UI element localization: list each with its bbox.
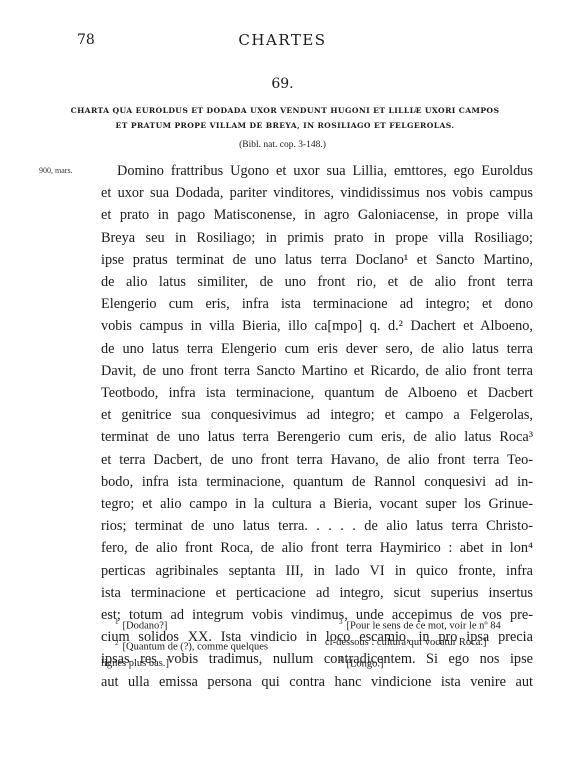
text-line: et uxor sua Dodada, pariter vinditores, … bbox=[101, 182, 533, 204]
text-line: ista terminacione et perticacione ad int… bbox=[101, 582, 533, 604]
text-line: vobis campus in villa Bieria, illo ca[mp… bbox=[101, 315, 533, 337]
text-line: Elengerio cum eris, infra ista terminaci… bbox=[101, 293, 533, 315]
charter-title-line: ET PRATUM PROPE VILLAM DE BREYA, IN ROSI… bbox=[60, 118, 510, 133]
footnotes-left-column: 1[Dodano?] 2[Quantum de (?), comme quelq… bbox=[101, 614, 309, 673]
source-reference: (Bibl. nat. cop. 3-148.) bbox=[0, 140, 565, 150]
footnote-3: 3[Pour le sens de ce mot, voir le nº 84 bbox=[325, 614, 533, 635]
text-line: rios; terminat de uno latus terra. . . .… bbox=[101, 515, 533, 537]
charter-number: 69. bbox=[0, 76, 565, 92]
charter-date: 900, mars. bbox=[39, 166, 73, 175]
text-line: bodo, infra ista terminacione, quantum d… bbox=[101, 471, 533, 493]
text-line: Davit, de uno front terra Sancto Martino… bbox=[101, 360, 533, 382]
text-line: Breya seu in Rosiliago; in primis prato … bbox=[101, 227, 533, 249]
footnote-2-continued: lignes plus bas.] bbox=[101, 656, 309, 673]
body-text: Domino frattribus Ugono et uxor sua Lill… bbox=[101, 160, 533, 693]
footnotes-right-column: 3[Pour le sens de ce mot, voir le nº 84 … bbox=[325, 614, 533, 673]
footnote-3-continued: ci-dessous : cultura qui vocatur Roca.] bbox=[325, 635, 533, 652]
footnote-4: 4[Longo.] bbox=[325, 652, 533, 673]
text-line: Domino frattribus Ugono et uxor sua Lill… bbox=[101, 160, 533, 182]
text-line: Teotbodo, infra ista terminacione, quant… bbox=[101, 382, 533, 404]
charter-title: CHARTA QUA EUROLDUS ET DODADA UXOR VENDU… bbox=[60, 103, 510, 133]
text-line: et prato in pago Matisconense, in agro G… bbox=[101, 204, 533, 226]
text-line: perticas agribinales septanta III, in la… bbox=[101, 560, 533, 582]
charter-title-line: CHARTA QUA EUROLDUS ET DODADA UXOR VENDU… bbox=[60, 103, 510, 118]
text-line: de alio latus similiter, de uno front ri… bbox=[101, 271, 533, 293]
text-line: aut ulla emissa persona qui contra hanc … bbox=[101, 671, 533, 693]
text-line: ipse pratus terminat de uno latus terra … bbox=[101, 249, 533, 271]
text-line: et terra Dacbert, de uno front terra Hav… bbox=[101, 449, 533, 471]
text-line: de uno latus terra Elengerio cum eris de… bbox=[101, 338, 533, 360]
footnote-2: 2[Quantum de (?), comme quelques bbox=[101, 635, 309, 656]
footnote-1: 1[Dodano?] bbox=[101, 614, 309, 635]
text-line: et genitrice sua conquesivimus ad integr… bbox=[101, 404, 533, 426]
running-head: CHARTES bbox=[0, 31, 565, 49]
text-line: terminat de uno latus terra Berengerio c… bbox=[101, 426, 533, 448]
text-line: fero, de alio front Roca, de alio front … bbox=[101, 537, 533, 559]
text-line: tegro; et alio campo in la cultura a Bie… bbox=[101, 493, 533, 515]
footnotes: 1[Dodano?] 2[Quantum de (?), comme quelq… bbox=[101, 614, 533, 673]
